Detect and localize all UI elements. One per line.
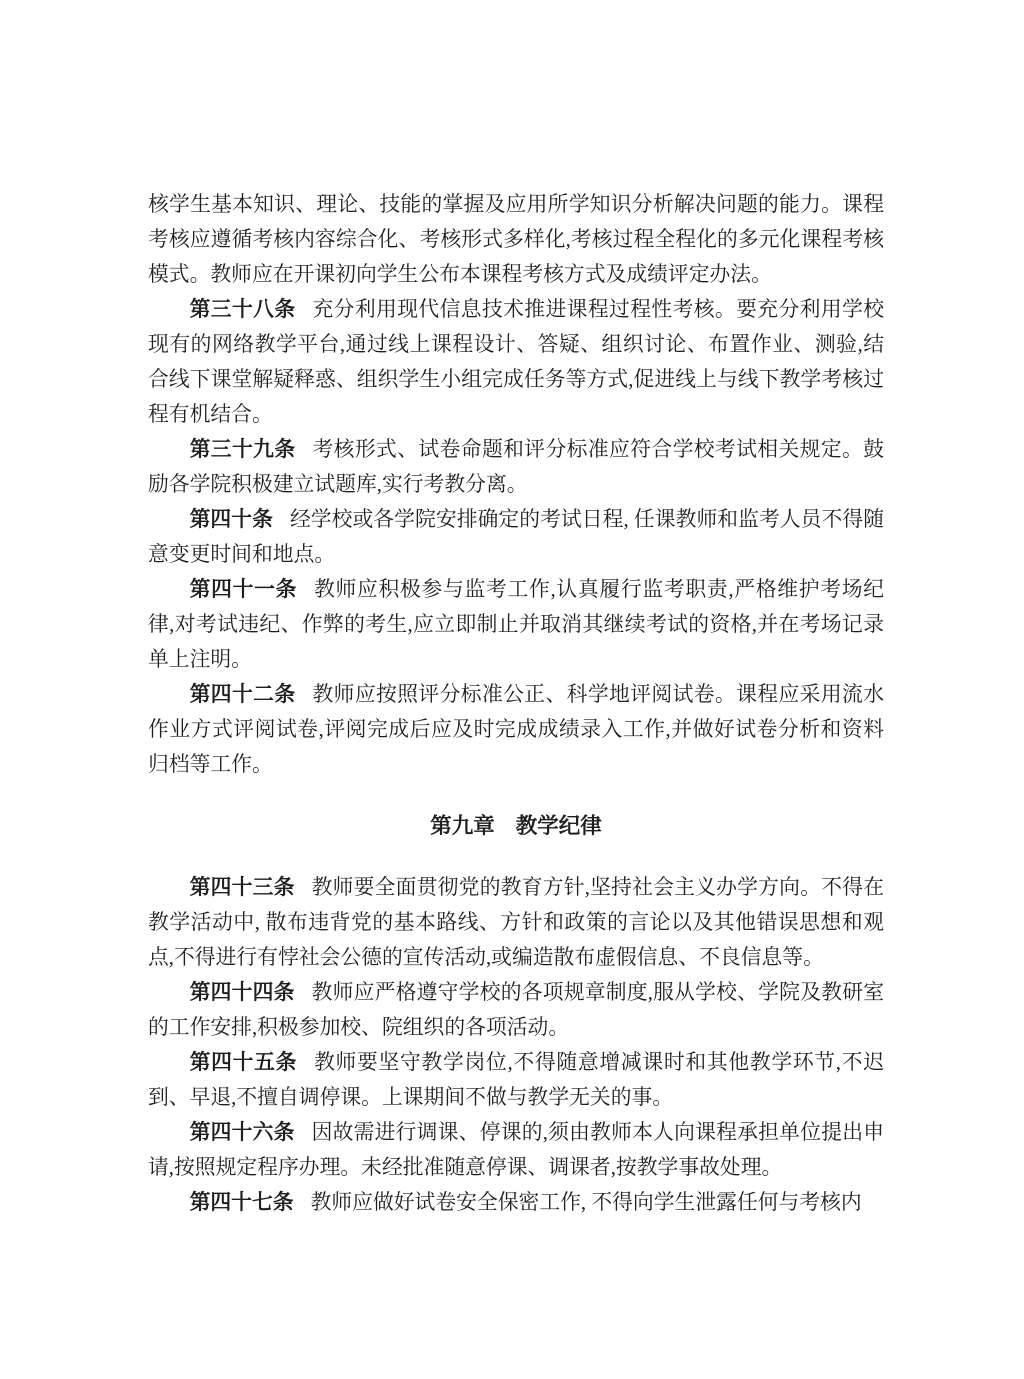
document-body: 核学生基本知识、理论、技能的掌握及应用所学知识分析解决问题的能力。课程考核应遵循…	[148, 187, 884, 1220]
article-number: 第四十条	[190, 508, 290, 531]
article-number: 第四十六条	[190, 1121, 312, 1144]
chapter-number: 第九章	[430, 814, 495, 838]
article-paragraph: 第四十六条因故需进行调课、停课的,须由教师本人向课程承担单位提出申请,按照规定程…	[148, 1115, 884, 1185]
article-paragraph: 第四十一条教师应积极参与监考工作,认真履行监考职责,严格维护考场纪律,对考试违纪…	[148, 572, 884, 677]
article-paragraph: 第四十条经学校或各学院安排确定的考试日程, 任课教师和监考人员不得随意变更时间和…	[148, 502, 884, 572]
article-paragraph: 第四十七条教师应做好试卷安全保密工作, 不得向学生泄露任何与考核内	[148, 1185, 884, 1220]
article-number: 第四十四条	[190, 981, 312, 1004]
chapter-heading: 第九章教学纪律	[148, 809, 884, 844]
article-paragraph: 第四十三条教师要全面贯彻党的教育方针,坚持社会主义办学方向。不得在教学活动中, …	[148, 870, 884, 975]
chapter-title: 教学纪律	[516, 814, 602, 838]
document-page: 核学生基本知识、理论、技能的掌握及应用所学知识分析解决问题的能力。课程考核应遵循…	[0, 0, 1024, 1379]
article-paragraph: 第四十四条教师应严格遵守学校的各项规章制度,服从学校、学院及教研室的工作安排,积…	[148, 975, 884, 1045]
article-number: 第三十九条	[190, 438, 313, 461]
article-number: 第四十七条	[190, 1191, 311, 1214]
article-paragraph: 第四十二条教师应按照评分标准公正、科学地评阅试卷。课程应采用流水作业方式评阅试卷…	[148, 677, 884, 782]
article-paragraph: 第三十八条充分利用现代信息技术推进课程过程性考核。要充分利用学校现有的网络教学平…	[148, 292, 884, 432]
article-paragraph: 第四十五条教师要坚守教学岗位,不得随意增减课时和其他教学环节,不迟到、早退,不擅…	[148, 1045, 884, 1115]
article-number: 第四十五条	[190, 1051, 314, 1074]
article-number: 第三十八条	[190, 298, 313, 321]
article-text: 教师应做好试卷安全保密工作, 不得向学生泄露任何与考核内	[311, 1191, 862, 1214]
article-number: 第四十一条	[190, 578, 314, 601]
article-number: 第四十二条	[190, 683, 313, 706]
continuation-paragraph: 核学生基本知识、理论、技能的掌握及应用所学知识分析解决问题的能力。课程考核应遵循…	[148, 187, 884, 292]
article-paragraph: 第三十九条考核形式、试卷命题和评分标准应符合学校考试相关规定。鼓励各学院积极建立…	[148, 432, 884, 502]
article-text: 核学生基本知识、理论、技能的掌握及应用所学知识分析解决问题的能力。课程考核应遵循…	[148, 193, 884, 286]
article-number: 第四十三条	[190, 876, 312, 899]
